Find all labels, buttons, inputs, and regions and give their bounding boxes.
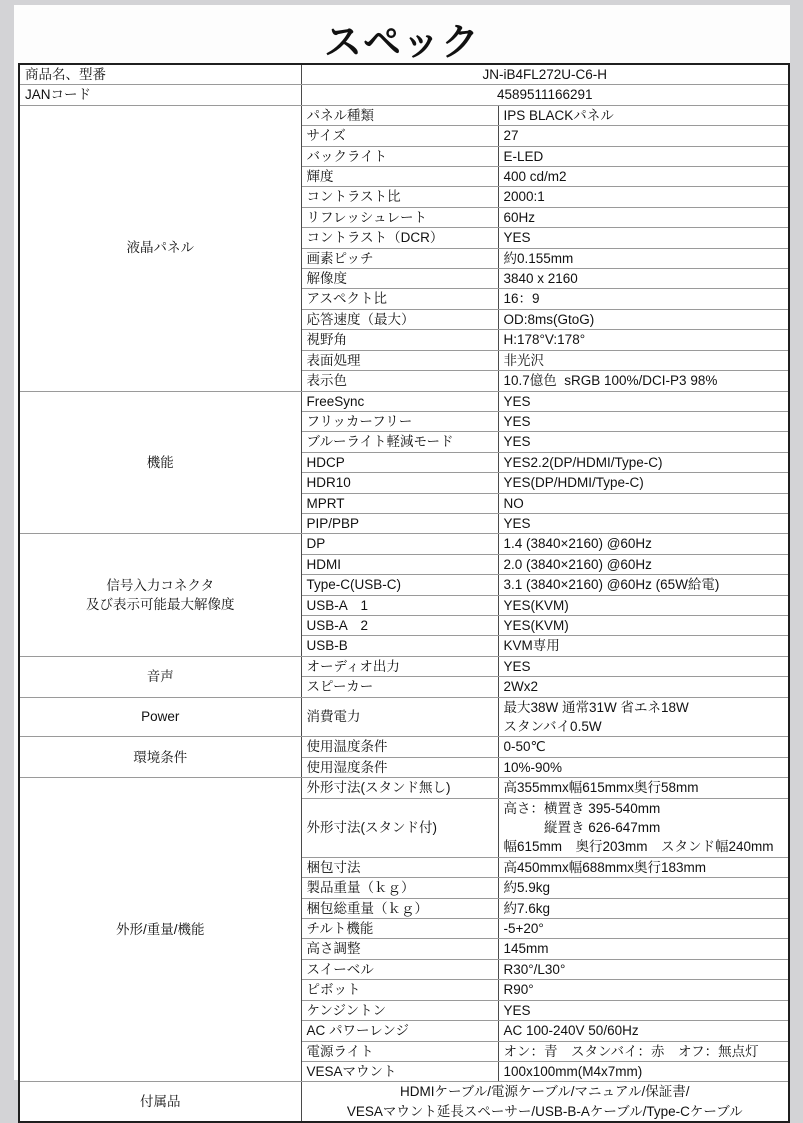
spec-value: 2.0 (3840×2160) @60Hz <box>498 554 789 574</box>
spec-value: -5+20° <box>498 919 789 939</box>
spec-label: サイズ <box>301 126 498 146</box>
spec-value: 約0.155mm <box>498 248 789 268</box>
spec-value: IPS BLACKパネル <box>498 105 789 125</box>
spec-value: 高さ：横置き 395-540mm 縦置き 626-647mm幅615mm 奥行2… <box>498 798 789 857</box>
spec-value: HDMIケーブル/電源ケーブル/マニュアル/保証書/VESAマウント延長スペーサ… <box>301 1082 789 1122</box>
spec-value-line: HDMIケーブル/電源ケーブル/マニュアル/保証書/ <box>302 1082 789 1101</box>
spec-label: Type-C(USB-C) <box>301 575 498 595</box>
spec-label: HDR10 <box>301 473 498 493</box>
spec-label: リフレッシュレート <box>301 207 498 227</box>
spec-label: 輝度 <box>301 167 498 187</box>
spec-label: 画素ピッチ <box>301 248 498 268</box>
spec-value: 高450mmx幅688mmx奥行183mm <box>498 857 789 877</box>
section-label: 付属品 <box>19 1082 301 1122</box>
spec-sheet-page: スペック 商品名、型番JN-iB4FL272U-C6-HJANコード458951… <box>14 5 790 1080</box>
spec-label: FreeSync <box>301 391 498 411</box>
spec-label: 消費電力 <box>301 697 498 737</box>
spec-label: DP <box>301 534 498 554</box>
spec-value: 最大38W 通常31W 省エネ18Wスタンバイ0.5W <box>498 697 789 737</box>
spec-value: 約5.9kg <box>498 878 789 898</box>
spec-label: スピーカー <box>301 677 498 697</box>
spec-label: 応答速度（最大） <box>301 309 498 329</box>
spec-value: JN-iB4FL272U-C6-H <box>301 64 789 85</box>
spec-value: YES2.2(DP/HDMI/Type-C) <box>498 452 789 472</box>
spec-value-line: スタンバイ0.5W <box>504 717 787 736</box>
spec-label: 電源ライト <box>301 1041 498 1061</box>
section-label: 信号入力コネクタ 及び表示可能最大解像度 <box>19 534 301 656</box>
spec-label: 解像度 <box>301 269 498 289</box>
section-label: 音声 <box>19 656 301 697</box>
spec-label: ブルーライト軽減モード <box>301 432 498 452</box>
spec-value: E-LED <box>498 146 789 166</box>
spec-label: ケンジントン <box>301 1000 498 1020</box>
spec-label: USB-B <box>301 636 498 656</box>
spec-value: 16：9 <box>498 289 789 309</box>
spec-value: R30°/L30° <box>498 959 789 979</box>
spec-value-line: 縦置き 626-647mm <box>504 818 787 837</box>
spec-value: OD:8ms(GtoG) <box>498 309 789 329</box>
spec-value: R90° <box>498 980 789 1000</box>
spec-label: USB-A 2 <box>301 615 498 635</box>
spec-value: 3840 x 2160 <box>498 269 789 289</box>
spec-value: 0-50℃ <box>498 737 789 757</box>
spec-value-line: VESAマウント延長スペーサー/USB-B-Aケーブル/Type-Cケーブル <box>302 1102 789 1121</box>
spec-label: MPRT <box>301 493 498 513</box>
section-label: 外形/重量/機能 <box>19 778 301 1082</box>
spec-value: 2Wx2 <box>498 677 789 697</box>
spec-label: VESAマウント <box>301 1061 498 1081</box>
section-label: 機能 <box>19 391 301 534</box>
spec-label: 商品名、型番 <box>19 64 301 85</box>
spec-value: YES(DP/HDMI/Type-C) <box>498 473 789 493</box>
spec-value: 10%-90% <box>498 757 789 777</box>
spec-value: 2000:1 <box>498 187 789 207</box>
spec-value-line: 最大38W 通常31W 省エネ18W <box>504 698 787 717</box>
spec-label: ピボット <box>301 980 498 1000</box>
spec-value: 3.1 (3840×2160) @60Hz (65W給電) <box>498 575 789 595</box>
spec-value: AC 100-240V 50/60Hz <box>498 1021 789 1041</box>
spec-label: 外形寸法(スタンド付) <box>301 798 498 857</box>
spec-value: 400 cd/m2 <box>498 167 789 187</box>
section-label: Power <box>19 697 301 737</box>
spec-label: 高さ調整 <box>301 939 498 959</box>
spec-label: スイーベル <box>301 959 498 979</box>
spec-value: 145mm <box>498 939 789 959</box>
spec-value: NO <box>498 493 789 513</box>
spec-label: HDMI <box>301 554 498 574</box>
page-title: スペック <box>14 5 790 63</box>
spec-value-line: 高さ：横置き 395-540mm <box>504 799 787 818</box>
spec-value: YES(KVM) <box>498 595 789 615</box>
spec-value-line: 幅615mm 奥行203mm スタンド幅240mm <box>504 837 787 856</box>
spec-value: 4589511166291 <box>301 85 789 105</box>
spec-label: PIP/PBP <box>301 513 498 533</box>
spec-value: YES <box>498 513 789 533</box>
spec-value: 非光沢 <box>498 350 789 370</box>
spec-label: 表面処理 <box>301 350 498 370</box>
spec-label: チルト機能 <box>301 919 498 939</box>
spec-label: バックライト <box>301 146 498 166</box>
spec-value: 100x100mm(M4x7mm) <box>498 1061 789 1081</box>
spec-label: JANコード <box>19 85 301 105</box>
spec-label: AC パワーレンジ <box>301 1021 498 1041</box>
spec-value: YES <box>498 1000 789 1020</box>
spec-label: 梱包寸法 <box>301 857 498 877</box>
spec-value: YES <box>498 656 789 676</box>
spec-value: 高355mmx幅615mmx奥行58mm <box>498 778 789 798</box>
spec-value: 1.4 (3840×2160) @60Hz <box>498 534 789 554</box>
spec-label: オーディオ出力 <box>301 656 498 676</box>
spec-value: 10.7億色 sRGB 100%/DCI-P3 98% <box>498 371 789 391</box>
spec-label: USB-A 1 <box>301 595 498 615</box>
spec-label: 視野角 <box>301 330 498 350</box>
spec-value: 27 <box>498 126 789 146</box>
spec-value: YES <box>498 432 789 452</box>
spec-value: H:178°V:178° <box>498 330 789 350</box>
spec-value: KVM専用 <box>498 636 789 656</box>
spec-value: YES <box>498 228 789 248</box>
spec-table: 商品名、型番JN-iB4FL272U-C6-HJANコード45895111662… <box>18 63 790 1123</box>
spec-label: 梱包総重量（ｋｇ） <box>301 898 498 918</box>
spec-label: 外形寸法(スタンド無し) <box>301 778 498 798</box>
spec-label: パネル種類 <box>301 105 498 125</box>
spec-value: YES <box>498 391 789 411</box>
spec-label: 表示色 <box>301 371 498 391</box>
section-label: 液晶パネル <box>19 105 301 391</box>
spec-value: YES <box>498 411 789 431</box>
spec-label: アスペクト比 <box>301 289 498 309</box>
spec-value: 60Hz <box>498 207 789 227</box>
spec-label: 使用温度条件 <box>301 737 498 757</box>
spec-value: 約7.6kg <box>498 898 789 918</box>
spec-label: フリッカーフリー <box>301 411 498 431</box>
spec-label: 製品重量（ｋｇ） <box>301 878 498 898</box>
spec-label: HDCP <box>301 452 498 472</box>
spec-label: コントラスト（DCR） <box>301 228 498 248</box>
spec-value: YES(KVM) <box>498 615 789 635</box>
spec-label: 使用湿度条件 <box>301 757 498 777</box>
spec-label: コントラスト比 <box>301 187 498 207</box>
section-label: 環境条件 <box>19 737 301 778</box>
spec-value: オン：青 スタンバイ：赤 オフ：無点灯 <box>498 1041 789 1061</box>
